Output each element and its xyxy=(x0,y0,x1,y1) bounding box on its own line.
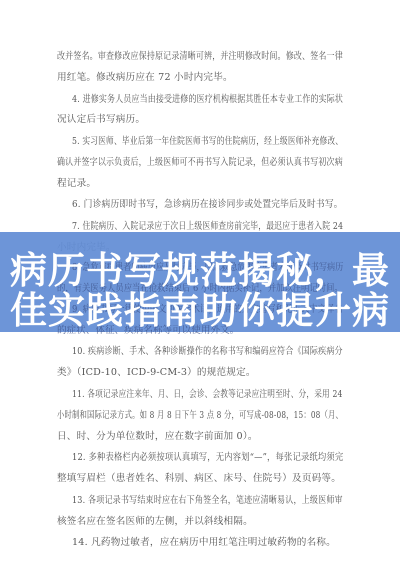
document-line: 5. 实习医师、毕业后第一年住院医师书写的住院病历，经上级医师补充修改、 xyxy=(72,136,343,148)
banner-title-line-2: 佳实践指南助你提升病 xyxy=(0,289,400,333)
document-line: 11. 各项记录应注来年、月、日，会诊、会教等记录应注明至时、分，采用 24 xyxy=(72,389,343,401)
document-line: 10. 疾病诊断、手术、各种诊断操作的名称书写和编码应符合《国际疾病分 xyxy=(72,346,343,358)
document-line: 4. 进修实务人员应当由接受进修的医疗机构根据其胜任本专业工作的实际状 xyxy=(72,94,343,106)
document-line: 小时制和国际记录方式。如 8 月 8 日下午 3 点 8 分，可写成-08-08… xyxy=(57,410,343,422)
banner-title-line-1: 病历书写规范揭秘，最 xyxy=(0,249,400,293)
document-line: 日、时、分为单位数时，应在数字前面加 0）。 xyxy=(57,431,258,443)
document-line: 6. 门诊病历即时书写，急诊病历在接诊同步或处置完毕后及时书写。 xyxy=(72,199,343,211)
document-line: 况认定后书写病历。 xyxy=(57,114,145,126)
document-line: 改并签名。审查修改应保持原记录清晰可辨，并注明修改时间。修改、签名一律 xyxy=(57,51,343,63)
document-line: 确认并签字以示负责后，上级医师可不再书写入院记录，但必须认真书写初次病 xyxy=(57,157,343,169)
document-line: 整填写眉栏（患者姓名、科别、病区、床号、住院号）及页码等。 xyxy=(57,473,341,485)
document-line: 用红笔。修改病历应在 72 小时内完毕。 xyxy=(57,72,233,84)
document-line: 核签名应在签名医师的左侧，并以斜线相隔。 xyxy=(57,516,253,528)
document-line: 程记录。 xyxy=(57,178,96,190)
document-line: 14. 凡药物过敏者，应在病历中用红笔注明过敏药物的名称。 xyxy=(72,537,336,549)
document-line: 类》（ICD-10、ICD-9-CM-3）的规范规定。 xyxy=(57,367,256,379)
document-line: 12. 多种表格栏内必须按项认真填写，无内容划“—”，每张记录纸均须完 xyxy=(72,452,343,464)
document-line: 13. 各项记录书写结束时应在右下角签全名，笔迹应清晰易认，上级医师审 xyxy=(72,495,343,507)
